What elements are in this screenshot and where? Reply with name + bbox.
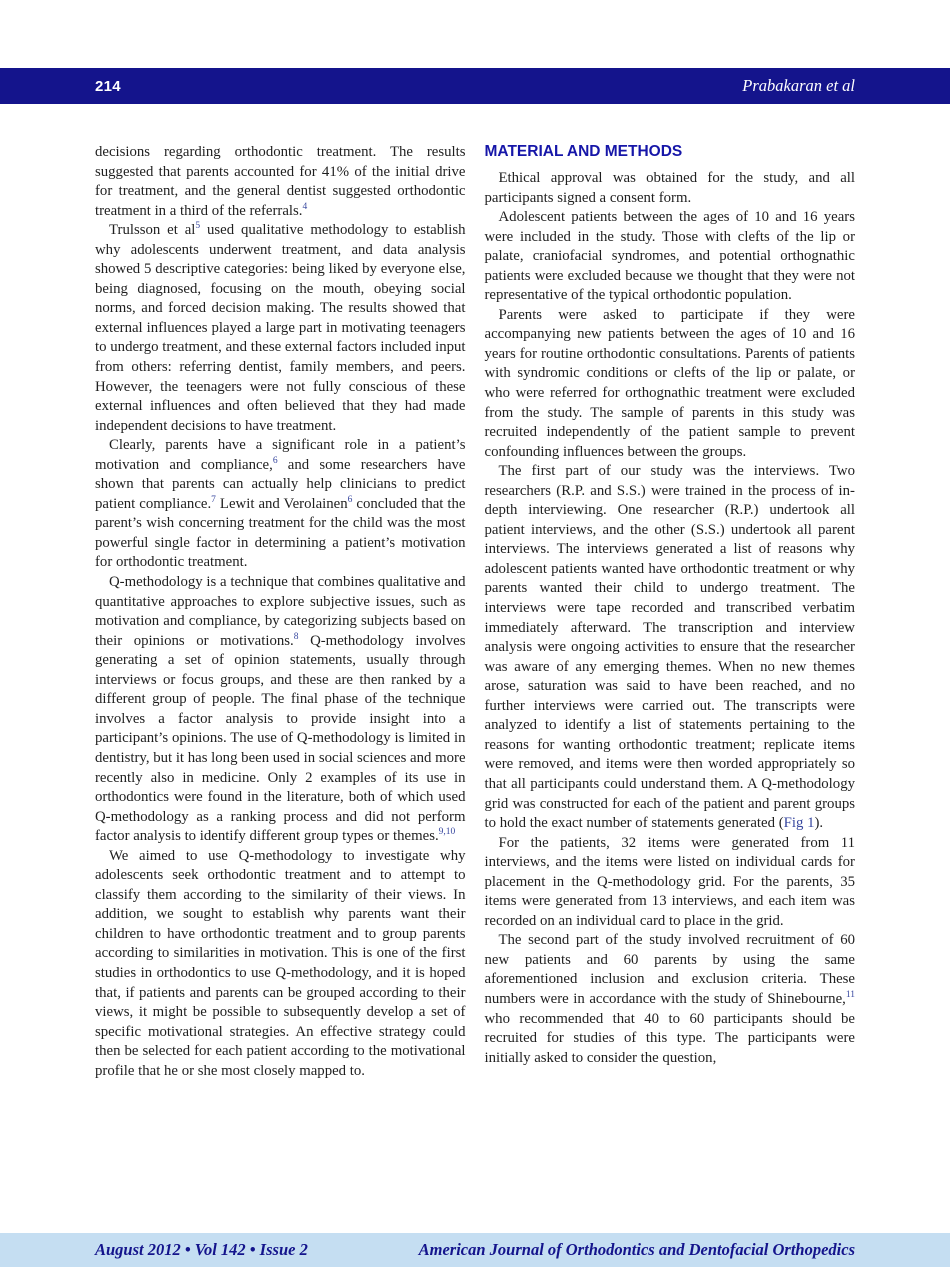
left-column: decisions regarding orthodontic treatmen…	[95, 143, 466, 1081]
reference-superscript[interactable]: 6	[273, 456, 278, 466]
reference-superscript[interactable]: 5	[195, 221, 200, 231]
reference-superscript[interactable]: 8	[294, 632, 299, 642]
paragraph: Clearly, parents have a significant role…	[95, 436, 466, 573]
reference-superscript[interactable]: 11	[846, 990, 855, 1000]
section-heading: MATERIAL AND METHODS	[485, 143, 856, 161]
running-head-authors: Prabakaran et al	[742, 76, 855, 96]
paragraph: Trulsson et al5 used qualitative methodo…	[95, 221, 466, 436]
paragraph: Ethical approval was obtained for the st…	[485, 169, 856, 208]
figure-link[interactable]: Fig 1	[784, 815, 815, 831]
page-footer-bar: August 2012 • Vol 142 • Issue 2 American…	[0, 1233, 950, 1267]
reference-superscript[interactable]: 6	[348, 495, 353, 505]
page-header-bar: 214 Prabakaran et al	[0, 68, 950, 104]
paragraph: For the patients, 32 items were generate…	[485, 834, 856, 932]
reference-superscript[interactable]: 4	[302, 202, 307, 212]
paragraph: Adolescent patients between the ages of …	[485, 208, 856, 306]
paragraph: Parents were asked to participate if the…	[485, 306, 856, 462]
reference-superscript[interactable]: 7	[211, 495, 216, 505]
paragraph: We aimed to use Q-methodology to investi…	[95, 847, 466, 1082]
right-column: MATERIAL AND METHODSEthical approval was…	[485, 143, 856, 1081]
issue-info: August 2012 • Vol 142 • Issue 2	[95, 1240, 308, 1260]
paragraph: Q-methodology is a technique that combin…	[95, 573, 466, 847]
journal-page: 214 Prabakaran et al decisions regarding…	[0, 0, 950, 1272]
paragraph: decisions regarding orthodontic treatmen…	[95, 143, 466, 221]
page-number: 214	[95, 78, 121, 95]
paragraph: The second part of the study involved re…	[485, 931, 856, 1068]
journal-name: American Journal of Orthodontics and Den…	[419, 1240, 855, 1260]
reference-superscript[interactable]: 9,10	[439, 827, 456, 837]
article-body: decisions regarding orthodontic treatmen…	[95, 143, 855, 1081]
paragraph: The first part of our study was the inte…	[485, 462, 856, 833]
